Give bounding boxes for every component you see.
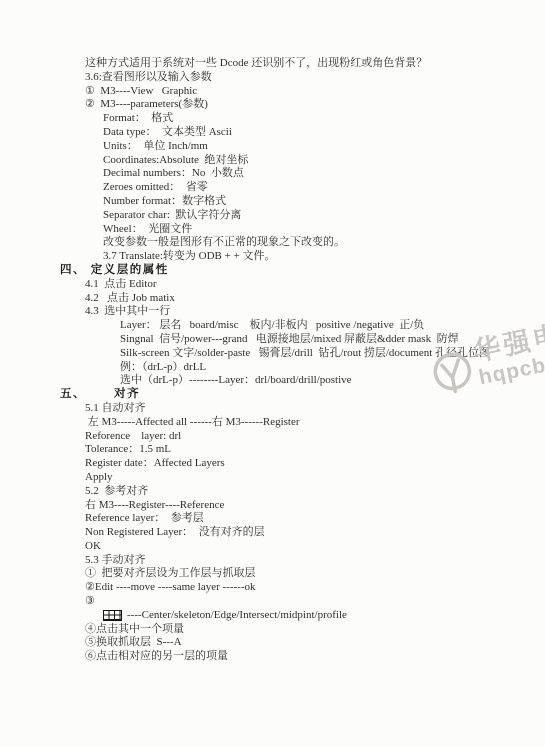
doc-line: 例：（drL-p）drLL [60, 361, 545, 375]
doc-line: Reforence layer: drl [60, 430, 545, 444]
doc-line-text: Layer： 层名 board/misc 板内/非板内 positive /ne… [120, 319, 424, 331]
doc-line: Zeroes omitted： 省零 [60, 181, 545, 195]
doc-line-text: ⑥点击相对应的另一层的项量 [85, 650, 228, 662]
doc-line-text: ① M3----View Graphic [85, 85, 197, 97]
doc-line: ② M3----parameters(参数) [60, 98, 545, 112]
doc-line: 这种方式适用于系统对一些 Dcode 还识别不了，出现粉红或角色背景？ [60, 57, 545, 71]
doc-line-text: ③ [85, 595, 95, 607]
doc-line: 5.2 参考对齐 [60, 485, 545, 499]
doc-line-text: 这种方式适用于系统对一些 Dcode 还识别不了，出现粉红或角色背景？ [85, 57, 427, 69]
doc-line: Data type： 文本类型 Ascii [60, 126, 545, 140]
doc-line-text: Register date：Affected Layers [85, 457, 225, 469]
doc-line-text: Data type： 文本类型 Ascii [103, 126, 232, 138]
doc-line-text: Coordinates:Absolute 绝对坐标 [103, 154, 248, 166]
doc-line-text: ----Center/skeleton/Edge/Intersect/midpi… [127, 609, 347, 621]
doc-line: Decimal numbers：No 小数点 [60, 167, 545, 181]
doc-line-text: Tolerance：1.5 mL [85, 443, 171, 455]
doc-line-text: 4.3 选中其中一行 [85, 305, 170, 317]
section-heading: 五、 对齐 [60, 388, 545, 402]
doc-line-text: Units： 单位 Inch/mm [103, 140, 208, 152]
doc-line: ②Edit ----move ----same layer ------ok [60, 581, 545, 595]
doc-line: 4.2 点击 Job matix [60, 292, 545, 306]
doc-line: 右 M3----Register----Reference [60, 499, 545, 513]
doc-line: 3.6:查看图形以及输入参数 [60, 71, 545, 85]
doc-line-text: Reference layer： 参考层 [85, 512, 204, 524]
doc-line: ① 把要对齐层设为工作层与抓取层 [60, 567, 545, 581]
doc-line-text: 右 M3----Register----Reference [85, 499, 224, 511]
doc-line-text: 例：（drL-p）drLL [120, 361, 206, 373]
doc-line-text: 四、 定义层的属性 [60, 264, 169, 276]
doc-line-text: ②Edit ----move ----same layer ------ok [85, 581, 256, 593]
doc-line-text: ① 把要对齐层设为工作层与抓取层 [85, 567, 256, 579]
doc-line: Apply [60, 471, 545, 485]
doc-line-text: Zeroes omitted： 省零 [103, 181, 208, 193]
doc-line-text: 4.1 点击 Editor [85, 278, 157, 290]
grid-table-icon [103, 610, 122, 621]
doc-line: 4.3 选中其中一行 [60, 305, 545, 319]
doc-line: 左 M3-----Affected all ------右 M3------Re… [60, 416, 545, 430]
doc-line-text: OK [85, 540, 101, 552]
doc-line: Coordinates:Absolute 绝对坐标 [60, 154, 545, 168]
doc-line: ⑥点击相对应的另一层的项量 [60, 650, 545, 664]
section-heading: 四、 定义层的属性 [60, 264, 545, 278]
document-text-block: 这种方式适用于系统对一些 Dcode 还识别不了，出现粉红或角色背景？3.6:查… [60, 57, 545, 664]
doc-line-text: ④点击其中一个项量 [85, 623, 184, 635]
doc-line-text: Number format：数字格式 [103, 195, 226, 207]
doc-line: 5.1 自动对齐 [60, 402, 545, 416]
doc-line: ⑤换取抓取层 S---A [60, 636, 545, 650]
doc-line-text: Silk-screen 文字/solder-paste 锡膏层/drill 钻孔… [120, 347, 490, 359]
doc-line-text: 5.1 自动对齐 [85, 402, 146, 414]
doc-line: Format： 格式 [60, 112, 545, 126]
doc-line-text: Separator char: 默认字符分离 [103, 209, 241, 221]
doc-line-text: 3.7 Translate:转变为 ODB + + 文件。 [103, 250, 276, 262]
doc-line: OK [60, 540, 545, 554]
doc-line-text: 5.3 手动对齐 [85, 554, 146, 566]
doc-line-text: 选中（drL-p）--------Layer：drl/board/drill/p… [120, 374, 352, 386]
doc-line: Singnal 信号/power---grand 电源接地层/mixed 屏蔽层… [60, 333, 545, 347]
doc-line: 改变参数一般是图形有不正常的现象之下改变的。 [60, 236, 545, 250]
doc-line-text: 4.2 点击 Job matix [85, 292, 175, 304]
doc-line-text: ⑤换取抓取层 S---A [85, 636, 182, 648]
doc-line: ----Center/skeleton/Edge/Intersect/midpi… [60, 609, 545, 623]
doc-line-text: Non Registered Layer： 没有对齐的层 [85, 526, 265, 538]
doc-line: Non Registered Layer： 没有对齐的层 [60, 526, 545, 540]
doc-line: Number format：数字格式 [60, 195, 545, 209]
doc-line-text: Apply [85, 471, 113, 483]
doc-line: ① M3----View Graphic [60, 85, 545, 99]
doc-line: Tolerance：1.5 mL [60, 443, 545, 457]
doc-line-text: Decimal numbers：No 小数点 [103, 167, 244, 179]
doc-line-text: 五、 对齐 [60, 388, 140, 400]
doc-line-text: 左 M3-----Affected all ------右 M3------Re… [85, 416, 300, 428]
doc-line: ④点击其中一个项量 [60, 623, 545, 637]
document-page: 这种方式适用于系统对一些 Dcode 还识别不了，出现粉红或角色背景？3.6:查… [0, 0, 545, 746]
doc-line: Register date：Affected Layers [60, 457, 545, 471]
doc-line: ③ [60, 595, 545, 609]
doc-line-text: 改变参数一般是图形有不正常的现象之下改变的。 [103, 236, 345, 248]
doc-line-text: Format： 格式 [103, 112, 173, 124]
doc-line: Wheel： 光圈文件 [60, 223, 545, 237]
doc-line: Separator char: 默认字符分离 [60, 209, 545, 223]
doc-line: 3.7 Translate:转变为 ODB + + 文件。 [60, 250, 545, 264]
doc-line-text: Singnal 信号/power---grand 电源接地层/mixed 屏蔽层… [120, 333, 459, 345]
doc-line-text: Reforence layer: drl [85, 430, 181, 442]
doc-line-text: 3.6:查看图形以及输入参数 [85, 71, 212, 83]
doc-line: 5.3 手动对齐 [60, 554, 545, 568]
doc-line: Units： 单位 Inch/mm [60, 140, 545, 154]
doc-line: 选中（drL-p）--------Layer：drl/board/drill/p… [60, 374, 545, 388]
doc-line: 4.1 点击 Editor [60, 278, 545, 292]
doc-line: Silk-screen 文字/solder-paste 锡膏层/drill 钻孔… [60, 347, 545, 361]
doc-line-text: ② M3----parameters(参数) [85, 98, 208, 110]
doc-line: Reference layer： 参考层 [60, 512, 545, 526]
doc-line: Layer： 层名 board/misc 板内/非板内 positive /ne… [60, 319, 545, 333]
doc-line-text: 5.2 参考对齐 [85, 485, 148, 497]
doc-line-text: Wheel： 光圈文件 [103, 223, 192, 235]
